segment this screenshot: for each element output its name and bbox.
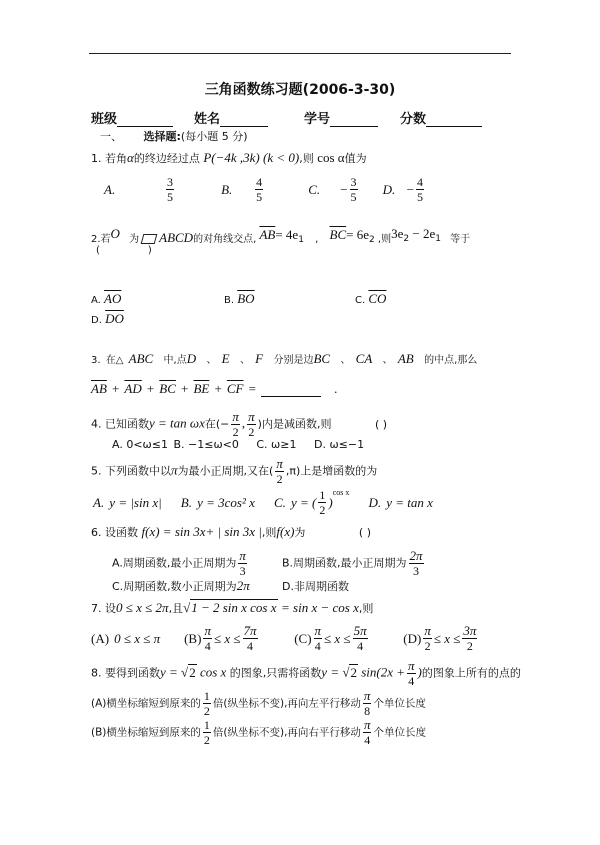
q4-number: 4. xyxy=(91,418,102,431)
q5-option-d[interactable]: D. y = tan x xyxy=(368,492,432,511)
q3-text: 在△ xyxy=(106,355,124,366)
q3-point-f: F xyxy=(255,351,263,366)
q7-rhs: = sin x − cos x xyxy=(281,600,359,615)
question-3-expression: AB + AD + BC + BE + CF = . xyxy=(91,378,337,397)
score-field: 分数 xyxy=(400,108,482,127)
q6-fx: f(x) xyxy=(276,524,294,539)
q8-option-b[interactable]: (B)横坐标缩短到原来的12倍(纵坐标不变),再向右平行移动π4个单位长度 xyxy=(91,719,426,746)
fraction-numerator: 1 xyxy=(203,690,211,704)
q2-text5: 等于 xyxy=(450,234,470,245)
q3-triangle-abc: ABC xyxy=(129,351,154,366)
separator: 、 xyxy=(240,355,250,366)
paren-open: ( xyxy=(96,245,100,256)
q2-option-c[interactable]: C. CO xyxy=(355,291,386,307)
q8-option-a-label: (A) xyxy=(91,698,106,710)
separator: 、 xyxy=(206,355,216,366)
q7-text3: ,则 xyxy=(359,602,374,615)
q3-text3: 分别是边 xyxy=(273,355,313,366)
q3-number: 3. xyxy=(91,355,101,366)
q5-text3: ,π)上是增函数的为 xyxy=(286,465,377,478)
q5-option-c-label: C. xyxy=(274,495,286,510)
section-title: 选择题: xyxy=(144,130,181,143)
fraction-denominator: 5 xyxy=(167,190,173,203)
q7-option-d-mid: ≤ x ≤ xyxy=(434,631,461,646)
q7-option-c-mid: ≤ x ≤ xyxy=(324,631,351,646)
fraction-numerator: π xyxy=(238,550,247,564)
question-3-stem: 3. 在△ ABC 中,点D 、 E 、 F 分别是边BC 、 CA 、 AB … xyxy=(91,351,477,367)
fraction: π4 xyxy=(203,625,212,652)
q6-number: 6. xyxy=(91,526,102,539)
q5-option-b[interactable]: B. y = 3cos² x xyxy=(181,492,255,511)
q8-f1-pre: y = xyxy=(160,665,181,680)
q1-option-b[interactable]: B. xyxy=(221,179,253,198)
paren-close: ) xyxy=(148,245,152,256)
q5-option-a-label: A. xyxy=(93,495,104,510)
q8-option-a-text2: 倍(纵坐标不变),再向左平行移动 xyxy=(213,698,361,710)
fraction-numerator: 5π xyxy=(353,625,368,639)
q7-text: 设 xyxy=(105,602,116,615)
q6-option-c[interactable]: C.周期函数,数小正周期为2π xyxy=(112,578,250,594)
fraction-numerator: π xyxy=(247,411,256,425)
q5-option-a[interactable]: A. y = |sin x| xyxy=(93,492,162,511)
q3-side-bc: BC xyxy=(313,351,330,366)
period: . xyxy=(334,381,337,396)
q1-option-d-label: D. xyxy=(383,182,396,197)
q8-text: 要得到函数 xyxy=(105,667,160,680)
q2-text2: 为 xyxy=(129,234,139,245)
q1-option-c[interactable]: C. xyxy=(308,179,340,198)
fraction-denominator: 2 xyxy=(425,639,431,652)
q2-option-b[interactable]: B. BO xyxy=(224,291,255,307)
fraction-denominator: 3 xyxy=(240,564,246,577)
q8-text2: 的图象,只需将函数 xyxy=(230,667,322,680)
fraction-denominator: 4 xyxy=(364,733,370,746)
q7-option-c-label: (C) xyxy=(294,631,311,646)
q1-text4: 值为 xyxy=(345,152,367,165)
q6-text: 设函数 xyxy=(105,526,138,539)
fraction-numerator: 4 xyxy=(416,176,424,190)
q1-option-c-value: 35 xyxy=(350,176,358,203)
q4-option-b[interactable]: B. −1≤ω<0 xyxy=(173,438,238,451)
q6-option-b[interactable]: B.周期函数,最小正周期为2π3 xyxy=(282,550,426,577)
fraction: π4 xyxy=(363,719,372,746)
page-title: 三角函数练习题(2006-3-30) xyxy=(0,79,600,99)
fraction-numerator: 1 xyxy=(203,719,211,733)
fraction: 12 xyxy=(203,719,211,746)
q3-point-e: E xyxy=(222,351,230,366)
fraction-denominator: 5 xyxy=(256,190,262,203)
q7-option-a-label: (A) xyxy=(91,631,109,646)
q5-text: 下列函数中以 xyxy=(105,465,171,478)
student-id-label: 学号 xyxy=(304,112,330,127)
q5-option-d-label: D. xyxy=(368,495,381,510)
q2-vector-ab: AB xyxy=(259,227,275,242)
q8-f1-post: cos x xyxy=(197,665,227,680)
q2-option-a-label: A. xyxy=(91,295,101,306)
q4-answer-paren[interactable]: ( ) xyxy=(375,418,387,431)
fraction-numerator: 3 xyxy=(350,176,358,190)
q5-option-c-exponent: cos x xyxy=(333,488,350,497)
q5-option-b-text: y = 3cos² x xyxy=(197,495,255,510)
q6-text3: 为 xyxy=(294,526,305,539)
fraction-numerator: 1 xyxy=(318,489,326,503)
fraction-denominator: 2 xyxy=(248,425,254,438)
q7-option-b-label: (B) xyxy=(184,631,201,646)
fraction-numerator: 7π xyxy=(243,625,258,639)
fraction-denominator: 4 xyxy=(408,674,414,687)
section-number: 一、 xyxy=(100,130,122,143)
q7-option-b-mid: ≤ x ≤ xyxy=(214,631,241,646)
score-label: 分数 xyxy=(400,112,426,127)
q1-number: 1. xyxy=(91,152,102,165)
fraction-numerator: 3 xyxy=(166,176,174,190)
fraction-numerator: π xyxy=(363,719,372,733)
q6-option-d[interactable]: D.非周期函数 xyxy=(282,578,349,594)
q3-vector-ad: AD xyxy=(124,381,141,396)
q3-text2: 中,点 xyxy=(164,355,187,366)
q4-option-c[interactable]: C. ω≥1 xyxy=(256,438,296,451)
q1-option-b-label: B. xyxy=(221,182,232,197)
q5-option-d-text: y = tan x xyxy=(386,495,433,510)
fraction-denominator: 5 xyxy=(417,190,423,203)
q1-option-d[interactable]: D. xyxy=(383,179,407,198)
q1-text3: ,则 xyxy=(299,152,314,165)
q3-vector-cf: CF xyxy=(227,381,244,396)
q6-option-d-label: D. xyxy=(282,580,294,593)
plus: + xyxy=(112,381,119,396)
q1-cos: cos α xyxy=(317,150,344,165)
class-field: 班级 xyxy=(91,108,173,127)
score-blank[interactable] xyxy=(426,112,482,127)
q5-number: 5. xyxy=(91,465,102,478)
class-label: 班级 xyxy=(91,112,117,127)
q3-side-ab: AB xyxy=(398,351,414,366)
q4-option-a[interactable]: A. 0<ω≤1 xyxy=(112,438,168,451)
q5-option-c[interactable]: C. y = (12)cos x xyxy=(274,492,349,511)
q1-option-a[interactable]: A. xyxy=(104,179,164,198)
fraction-numerator: π xyxy=(363,690,372,704)
q1-option-a-label: A. xyxy=(104,182,115,197)
q5-fraction: π2 xyxy=(275,458,284,485)
fraction-denominator: 3 xyxy=(413,564,419,577)
q5-option-c-text: y = ( xyxy=(291,495,316,510)
parallelogram-icon xyxy=(141,234,158,244)
comma: , xyxy=(242,416,245,431)
fraction-denominator: 4 xyxy=(357,639,363,652)
q4-text3: )内是减函数,则 xyxy=(258,418,332,431)
q3-text4: 的中点,那么 xyxy=(424,355,477,366)
q2-bc-sub: 2 xyxy=(369,235,375,245)
q2-comma: , xyxy=(315,234,318,245)
fraction-numerator: π xyxy=(203,625,212,639)
q6-option-b-text: 周期函数,最小正周期为 xyxy=(293,557,407,570)
fraction-denominator: 4 xyxy=(205,639,211,652)
fraction: 3π2 xyxy=(462,625,477,652)
q2-bc-value: = 6e xyxy=(346,227,369,242)
fraction-denominator: 2 xyxy=(233,425,239,438)
q7-option-d[interactable]: (D)π2≤ x ≤3π2 xyxy=(403,628,479,647)
fraction-numerator: 4 xyxy=(255,176,263,190)
q1-option-c-label: C. xyxy=(308,182,320,197)
student-id-blank[interactable] xyxy=(330,112,378,127)
plus: + xyxy=(181,381,188,396)
minus-sign: − xyxy=(407,182,414,197)
q4-fraction-left: π2 xyxy=(231,411,240,438)
question-6-stem: 6. 设函数 f(x) = sin 3x+ | sin 3x |,则f(x)为 … xyxy=(91,524,371,540)
q8-text3: 的图象上所有的点的 xyxy=(422,667,521,680)
separator: 、 xyxy=(383,355,393,366)
q2-expr: 3e xyxy=(391,226,403,241)
equals: = xyxy=(249,381,256,396)
q2-text3: 的对角线交点, xyxy=(193,234,256,245)
q3-point-d: D xyxy=(187,351,196,366)
q6-option-c-text: 周期函数,数小正周期为 xyxy=(123,580,237,593)
q2-vector-bo: BO xyxy=(237,291,254,306)
q1-point: P(−4k ,3k) (k < 0) xyxy=(203,150,299,165)
name-label: 姓名 xyxy=(194,112,220,127)
q7-radicand: 1 − 2 sin x cos x xyxy=(190,599,277,615)
plus: + xyxy=(214,381,221,396)
plus: + xyxy=(147,381,154,396)
question-4-stem: 4. 已知函数y = tan ωx在(−π2,π2)内是减函数,则 ( ) xyxy=(91,411,387,438)
q4-text: 已知函数 xyxy=(105,418,149,431)
fraction-numerator: 3π xyxy=(462,625,477,639)
fraction-denominator: 5 xyxy=(351,190,357,203)
q8-f1-radicand: 2 xyxy=(188,664,197,680)
q6-option-a-fraction: π3 xyxy=(238,550,247,577)
q8-option-b-label: (B) xyxy=(91,727,106,739)
fraction: π4 xyxy=(314,625,323,652)
q7-number: 7. xyxy=(91,602,102,615)
q7-option-a-text: 0 ≤ x ≤ π xyxy=(114,631,160,646)
q2-answer-paren[interactable]: () xyxy=(96,245,152,256)
q7-option-c[interactable]: (C)π4≤ x ≤5π4 xyxy=(294,625,398,652)
fraction-numerator: π xyxy=(314,625,323,639)
q6-answer-paren[interactable]: ( ) xyxy=(359,526,371,539)
q2-vector-do: DO xyxy=(105,311,124,326)
q2-point-o: O xyxy=(111,226,120,241)
q2-ab-sub: 1 xyxy=(298,235,304,245)
q8-f2-pre: y = xyxy=(321,665,342,680)
q7-option-d-label: (D) xyxy=(403,631,421,646)
q3-vector-ab: AB xyxy=(91,381,107,396)
question-1-stem: 1. 若角α的终边经过点 P(−4k ,3k) (k < 0),则 cos α值… xyxy=(91,150,367,166)
q5-text2: 为最小正周期,又在( xyxy=(178,465,274,478)
q1-text2: 的终边经过点 xyxy=(134,152,200,165)
q3-side-ca: CA xyxy=(356,351,373,366)
fraction: 12 xyxy=(203,690,211,717)
q2-option-a[interactable]: A. AO xyxy=(91,291,121,307)
q2-ab-value: = 4e xyxy=(275,227,298,242)
q4-option-d[interactable]: D. ω≤−1 xyxy=(314,438,364,451)
fraction-numerator: π xyxy=(275,458,284,472)
q5-option-c-close: ) xyxy=(328,495,332,510)
fraction-denominator: 4 xyxy=(315,639,321,652)
q6-option-d-text: 非周期函数 xyxy=(294,580,349,593)
q6-option-b-label: B. xyxy=(282,557,293,570)
fraction-denominator: 2 xyxy=(204,704,210,717)
name-field: 姓名 xyxy=(194,108,268,127)
q2-number: 2. xyxy=(91,234,101,245)
q6-text2: ,则 xyxy=(262,526,277,539)
question-5-options: A. y = |sin x| B. y = 3cos² x C. y = (12… xyxy=(93,489,433,516)
question-4-options: A. 0<ω≤1 B. −1≤ω<0 C. ω≥1 D. ω≤−1 xyxy=(112,438,364,451)
fraction: 5π4 xyxy=(353,625,368,652)
q6-function: f(x) = sin 3x+ | sin 3x | xyxy=(142,524,262,539)
question-1-options: A.35 B.45 C.−35 D.−45 xyxy=(104,176,426,203)
q5-option-b-label: B. xyxy=(181,495,192,510)
question-8-stem: 8. 要得到函数y = √2 cos x 的图象,只需将函数y = √2 sin… xyxy=(91,660,521,687)
question-7-options: (A) 0 ≤ x ≤ π (B)π4≤ x ≤7π4 (C)π4≤ x ≤5π… xyxy=(91,625,479,652)
q8-f2-radicand: 2 xyxy=(349,664,358,680)
q6-option-c-label: C. xyxy=(112,580,123,593)
q2-vector-co: CO xyxy=(368,291,386,306)
q3-vector-be: BE xyxy=(193,381,209,396)
q6-option-a[interactable]: A.周期函数,最小正周期为π3 xyxy=(112,550,249,577)
q2-option-c-label: C. xyxy=(355,295,365,306)
q6-option-a-text: 周期函数,最小正周期为 xyxy=(123,557,237,570)
fraction-denominator: 4 xyxy=(247,639,253,652)
q2-option-d-label: D. xyxy=(91,315,102,326)
q8-option-b-text2: 倍(纵坐标不变),再向右平行移动 xyxy=(213,727,361,739)
q2-option-d[interactable]: D. DO xyxy=(91,311,124,327)
section-heading: 一、 选择题:(每小题 5 分) xyxy=(100,128,247,144)
q8-option-a-text3: 个单位长度 xyxy=(373,698,426,710)
q8-option-b-text: 横坐标缩短到原来的 xyxy=(106,727,201,739)
q7-range: 0 ≤ x ≤ 2π xyxy=(116,600,169,615)
q1-option-b-value: 45 xyxy=(255,176,263,203)
fraction: π2 xyxy=(423,625,432,652)
fraction-numerator: π xyxy=(423,625,432,639)
fraction-numerator: π xyxy=(407,660,416,674)
q2-vector-bc: BC xyxy=(330,227,347,242)
q2-option-b-label: B. xyxy=(224,295,234,306)
fraction-denominator: 2 xyxy=(204,733,210,746)
minus-sign: − xyxy=(340,182,347,197)
fraction: 7π4 xyxy=(243,625,258,652)
q2-expr-sub2: 1 xyxy=(435,234,441,244)
q3-vector-bc: BC xyxy=(159,381,176,396)
q2-vector-ao: AO xyxy=(104,291,121,306)
q8-number: 8. xyxy=(91,667,102,680)
q8-option-a[interactable]: (A)横坐标缩短到原来的12倍(纵坐标不变),再向左平行移动π8个单位长度 xyxy=(91,690,426,717)
q6-option-c-value: 2π xyxy=(237,578,250,593)
q2-abcd: ABCD xyxy=(159,230,193,245)
q8-option-b-text3: 个单位长度 xyxy=(373,727,426,739)
q1-text: 若角 xyxy=(105,152,127,165)
student-id-field: 学号 xyxy=(304,108,378,127)
q1-option-a-value: 35 xyxy=(166,176,174,203)
q6-option-a-label: A. xyxy=(112,557,123,570)
q4-fraction-right: π2 xyxy=(247,411,256,438)
fraction-numerator: π xyxy=(231,411,240,425)
q8-f2-fraction: π4 xyxy=(407,660,416,687)
fraction-numerator: 2π xyxy=(409,550,424,564)
q1-alpha: α xyxy=(127,150,134,165)
q3-answer-blank[interactable] xyxy=(261,384,321,397)
header-rule xyxy=(89,53,511,54)
q1-option-d-value: 45 xyxy=(416,176,424,203)
q4-function: y = tan ωx xyxy=(149,416,205,431)
class-blank[interactable] xyxy=(117,112,173,127)
fraction-denominator: 2 xyxy=(277,472,283,485)
fraction-denominator: 8 xyxy=(364,704,370,717)
q5-option-c-fraction: 12 xyxy=(318,489,326,516)
q5-option-a-text: y = |sin x| xyxy=(109,495,161,510)
q7-text2: ,且 xyxy=(169,602,184,615)
q6-option-b-fraction: 2π3 xyxy=(409,550,424,577)
q2-text4: ,则 xyxy=(378,234,391,245)
fraction: π8 xyxy=(363,690,372,717)
q7-option-b[interactable]: (B)π4≤ x ≤7π4 xyxy=(184,625,289,652)
q8-option-a-text: 横坐标缩短到原来的 xyxy=(106,698,201,710)
q4-text2: 在(− xyxy=(205,418,230,431)
separator: 、 xyxy=(340,355,350,366)
q2-text: 若 xyxy=(101,234,111,245)
q2-expr-mid: − 2e xyxy=(409,226,435,241)
question-7-stem: 7. 设0 ≤ x ≤ 2π,且√1 − 2 sin x cos x = sin… xyxy=(91,600,373,616)
q7-option-a[interactable]: (A) 0 ≤ x ≤ π xyxy=(91,628,179,647)
name-blank[interactable] xyxy=(220,112,268,127)
question-5-stem: 5. 下列函数中以π为最小正周期,又在(π2,π)上是增函数的为 xyxy=(91,458,377,485)
section-note: (每小题 5 分) xyxy=(181,130,248,143)
fraction-denominator: 2 xyxy=(467,639,473,652)
q8-f2-mid: sin(2x + xyxy=(358,665,405,680)
fraction-denominator: 2 xyxy=(319,503,325,516)
